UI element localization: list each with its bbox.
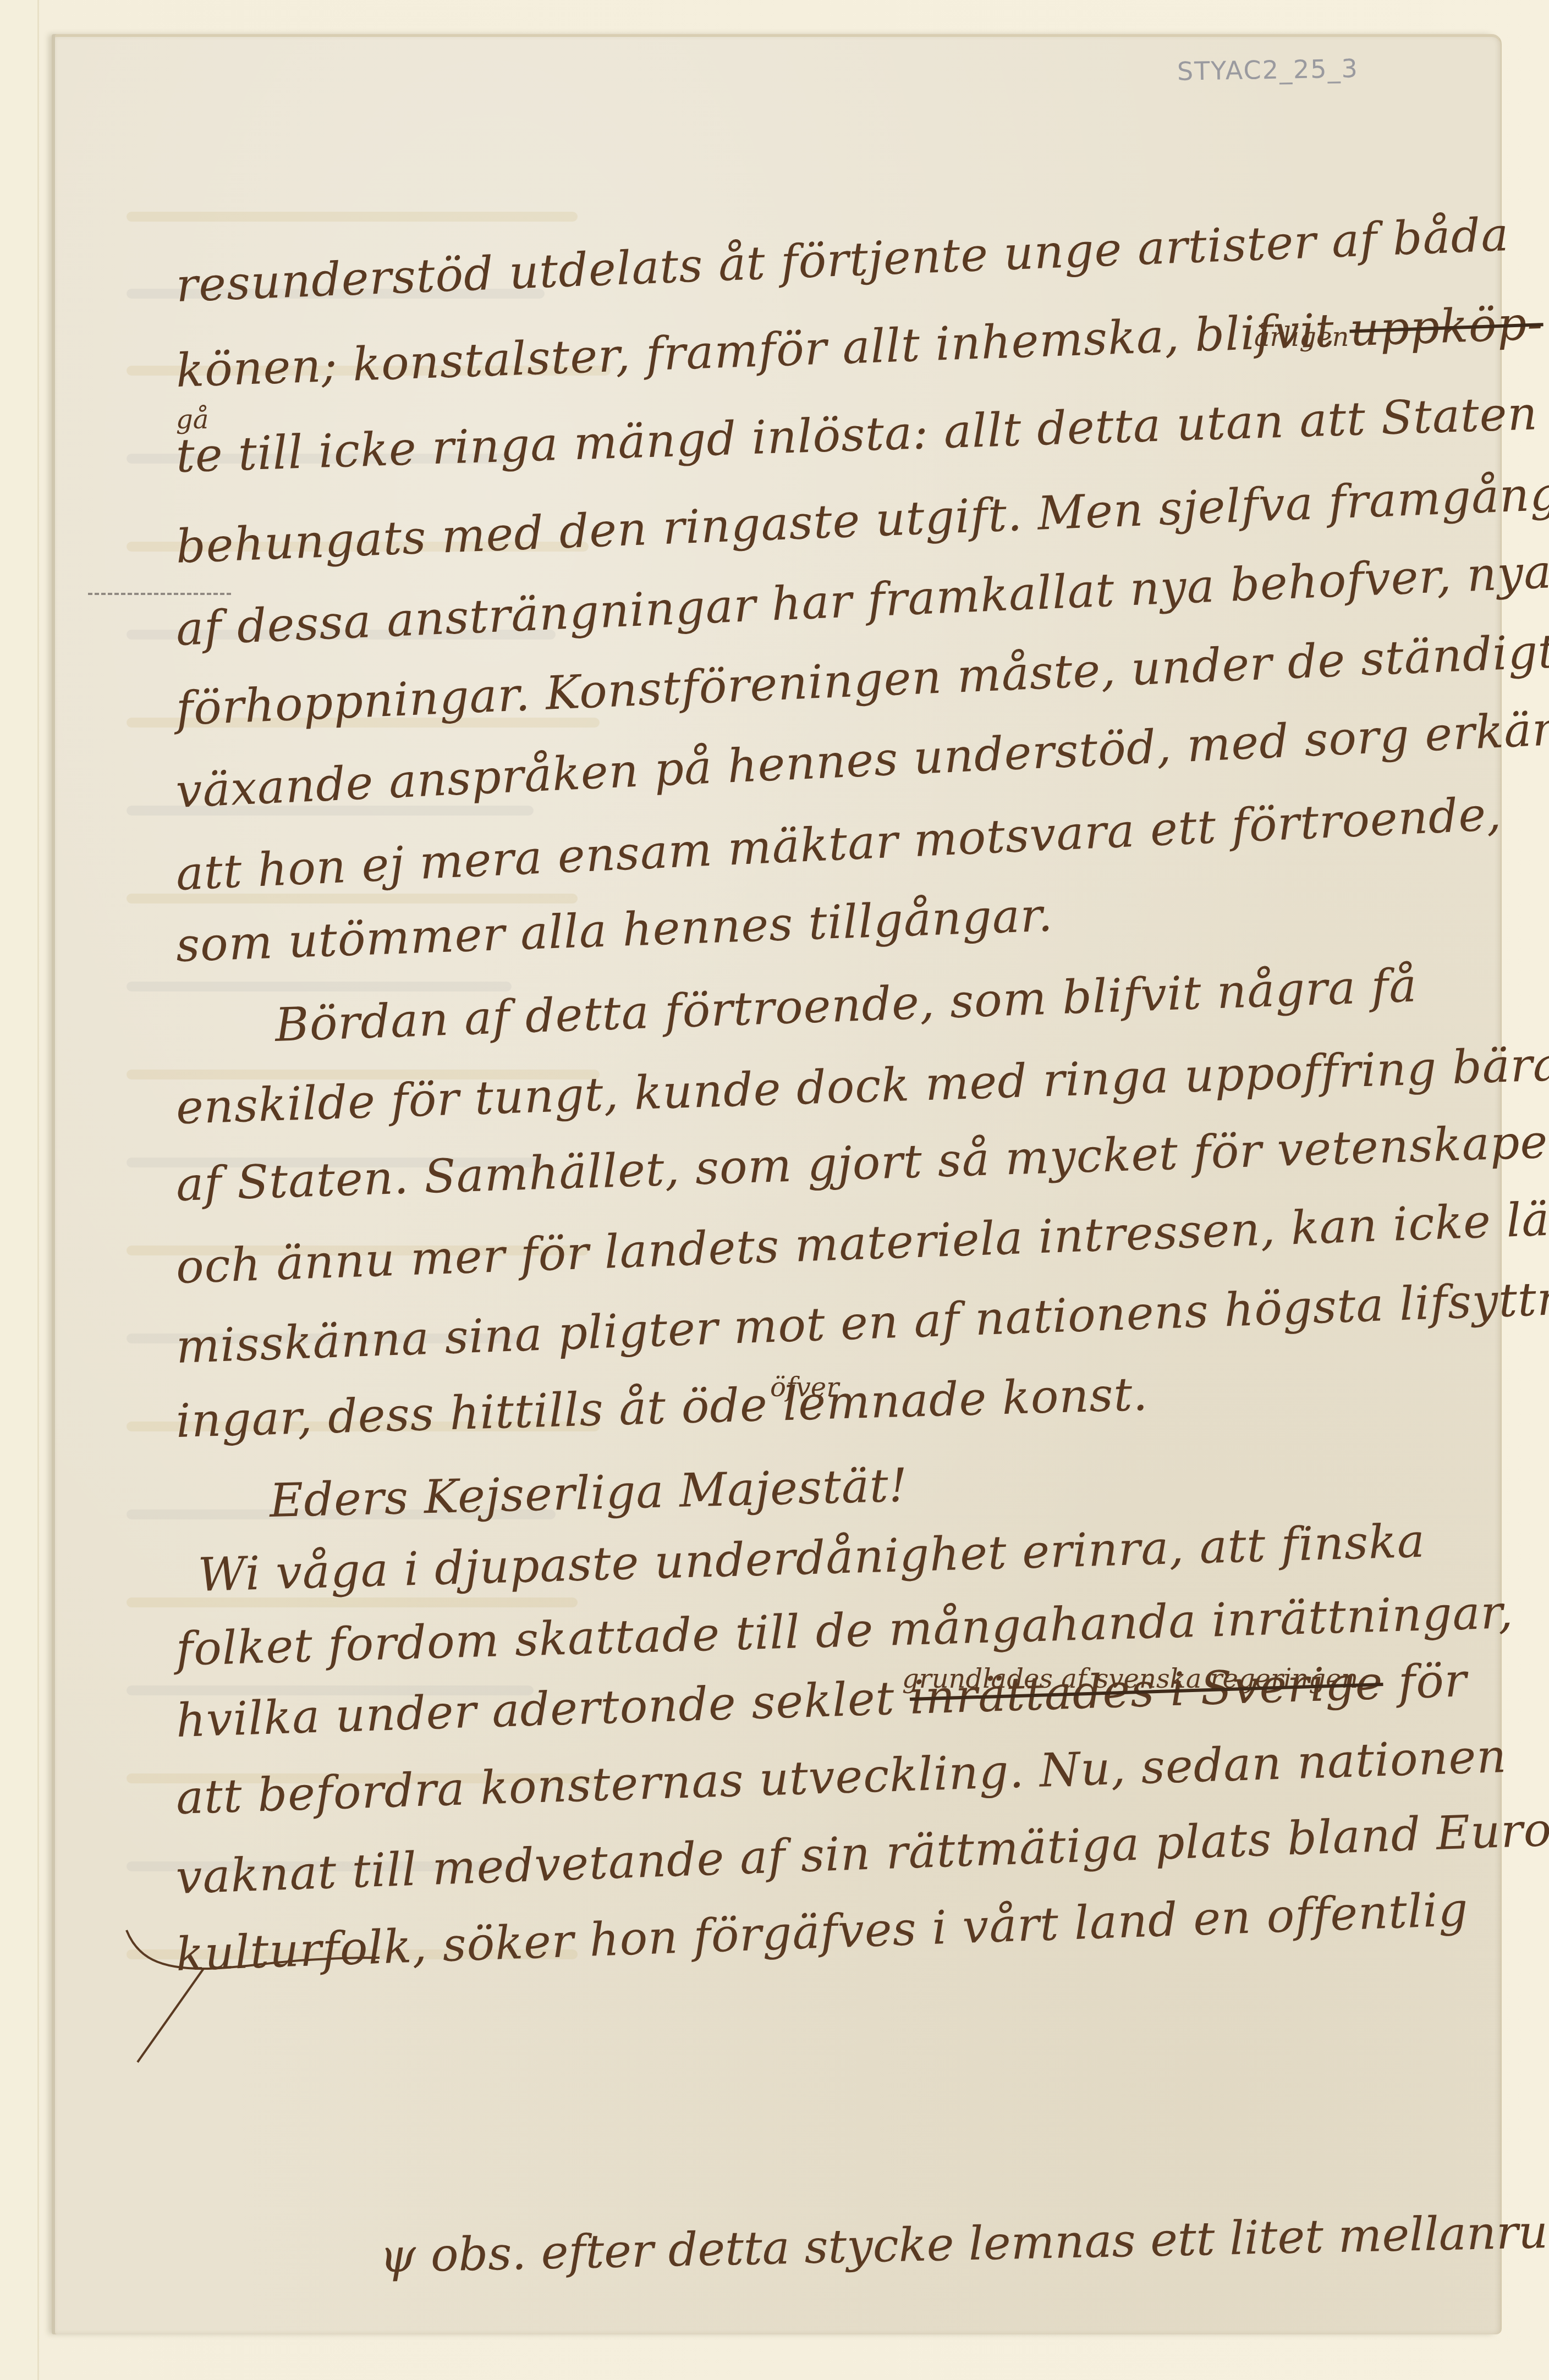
manuscript-line: som utömmer alla hennes tillgångar. <box>175 888 1054 972</box>
margin-insertion-mark-icon <box>116 1925 391 2068</box>
manuscript-line: Wi våga i djupaste underdånighet erinra,… <box>197 1514 1426 1602</box>
struck-word: uppköp- <box>1349 296 1544 356</box>
address-heading: Eders Kejserliga Majestät! <box>269 1458 909 1528</box>
manuscript-line: ingar, dess hittills åt öde lemnade kons… <box>175 1367 1149 1448</box>
manuscript-line: te till icke ringa mängd inlösta: allt d… <box>175 386 1538 483</box>
manuscript-line: att befordra konsternas utveckling. Nu, … <box>175 1729 1507 1825</box>
manuscript-line: af Staten. Samhället, som gjort så mycke… <box>175 1114 1549 1211</box>
manuscript-line: Bördan af detta förtroende, som blifvit … <box>274 958 1418 1052</box>
manuscript-line: enskilde för tungt, kunde dock med ringa… <box>175 1037 1549 1134</box>
mount-edge <box>0 0 39 2380</box>
manuscript-line: resunderstöd utdelats åt förtjente unge … <box>175 207 1510 312</box>
interlinear-insertion: årligen <box>1254 322 1349 352</box>
